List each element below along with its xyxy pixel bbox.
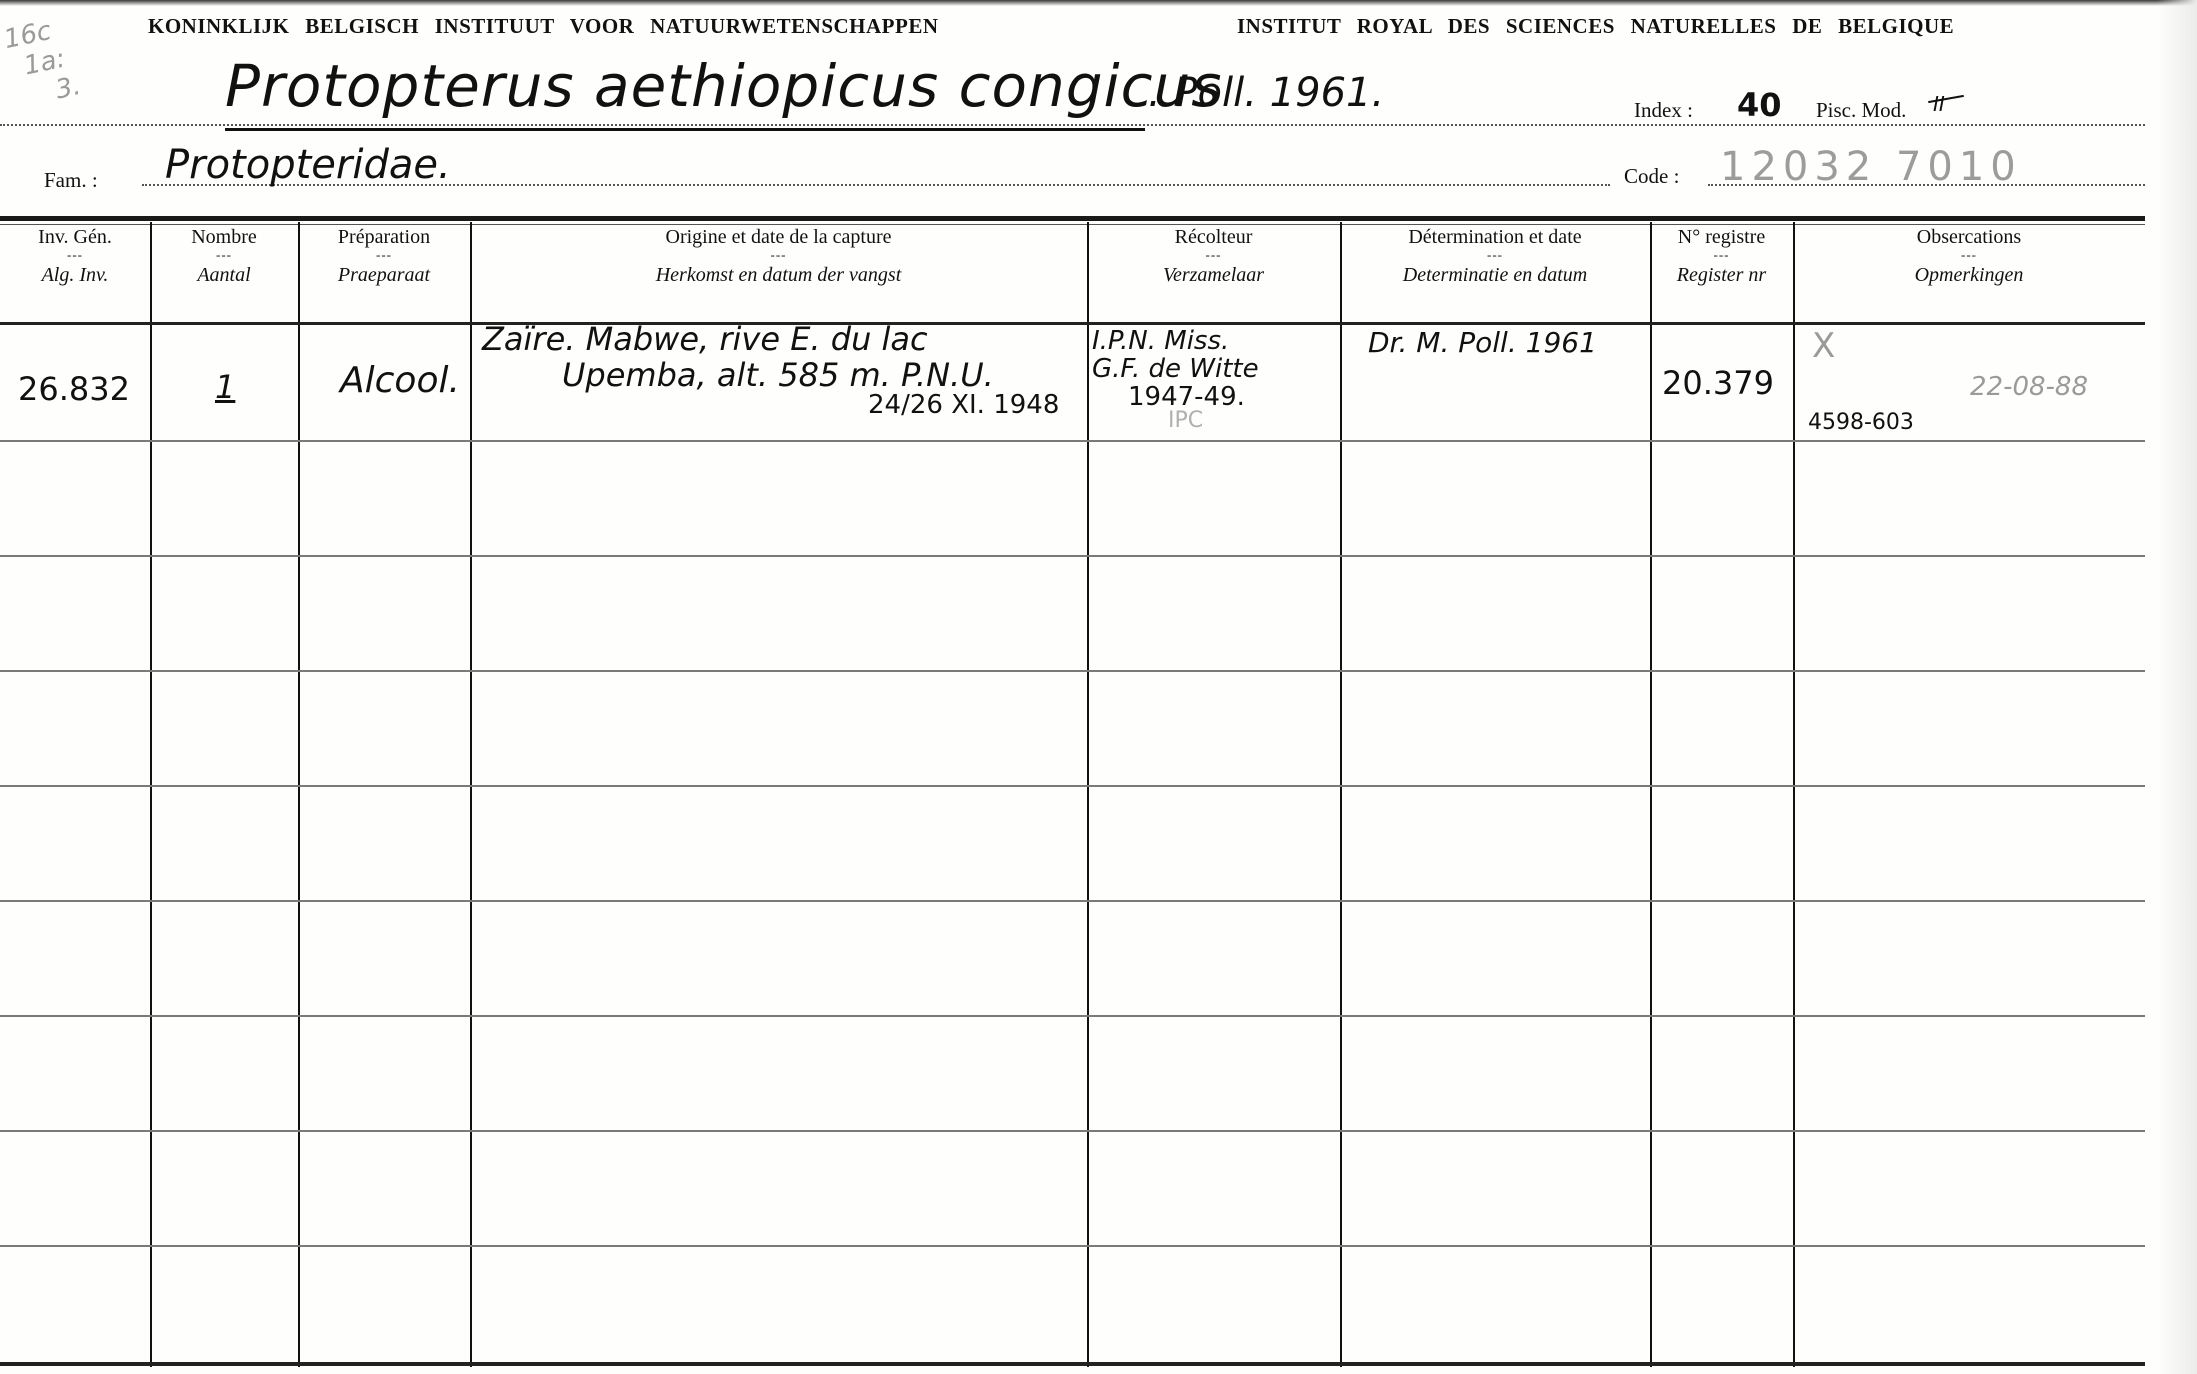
header-fr: Nombre: [150, 226, 298, 248]
cell-determination: Dr. M. Poll. 1961: [1368, 326, 1597, 359]
table-top-border-thin: [0, 224, 2145, 225]
fam-label: Fam. :: [44, 168, 98, 193]
cell-recolteur-line1: I.P.N. Miss.: [1092, 326, 1229, 356]
column-header-registre: N° registre --- Register nr: [1650, 226, 1793, 286]
column-divider: [470, 222, 472, 1367]
cell-origine-line2: Upemba, alt. 585 m. P.N.U.: [562, 356, 994, 394]
row-line: [0, 900, 2145, 902]
scan-edge-right: [2157, 0, 2197, 1374]
column-header-determination: Détermination et date --- Determinatie e…: [1340, 226, 1650, 286]
header-sep: ---: [1087, 248, 1340, 262]
header-nl: Aantal: [150, 264, 298, 286]
column-divider: [1793, 222, 1795, 1367]
column-header-inv: Inv. Gén. --- Alg. Inv.: [0, 226, 150, 286]
cell-inv: 26.832: [18, 370, 130, 408]
column-divider: [150, 222, 152, 1367]
column-divider: [1087, 222, 1089, 1367]
header-fr: Préparation: [298, 226, 470, 248]
fam-value: Protopteridae.: [165, 142, 451, 188]
column-header-preparation: Préparation --- Praeparaat: [298, 226, 470, 286]
header-bottom-border: [0, 322, 2145, 325]
pisc-mod-label: Pisc. Mod.: [1816, 98, 1906, 123]
table-top-border: [0, 216, 2145, 221]
header-fr: Inv. Gén.: [0, 226, 150, 248]
cell-registre: 20.379: [1662, 364, 1774, 402]
cell-recolteur-note: IPC: [1168, 408, 1203, 433]
header-sep: ---: [1793, 248, 2145, 262]
header-sep: ---: [1650, 248, 1793, 262]
index-value: 40: [1737, 86, 1782, 124]
column-header-origine: Origine et date de la capture --- Herkom…: [470, 226, 1087, 286]
code-value: 12032 7010: [1720, 144, 2022, 190]
institute-name-nl: KONINKLIJK BELGISCH INSTITUUT VOOR NATUU…: [148, 14, 939, 39]
header-nl: Opmerkingen: [1793, 264, 2145, 286]
specimen-card: 16c 1a: 3. KONINKLIJK BELGISCH INSTITUUT…: [0, 0, 2197, 1374]
column-header-recolteur: Récolteur --- Verzamelaar: [1087, 226, 1340, 286]
species-author: . Poll. 1961.: [1148, 70, 1384, 116]
row-line: [0, 785, 2145, 787]
header-fr: Récolteur: [1087, 226, 1340, 248]
header-nl: Alg. Inv.: [0, 264, 150, 286]
observation-x-mark: X: [1812, 326, 1835, 366]
observation-date: 22-08-88: [1970, 372, 2088, 402]
institute-name-fr: INSTITUT ROYAL DES SCIENCES NATURELLES D…: [1237, 14, 1954, 39]
column-header-nombre: Nombre --- Aantal: [150, 226, 298, 286]
species-underline: [225, 128, 1145, 131]
column-divider: [1340, 222, 1342, 1367]
row-line: [0, 1015, 2145, 1017]
header-nl: Praeparaat: [298, 264, 470, 286]
species-name: Protopterus aethiopicus congicus: [225, 52, 1223, 120]
column-header-observations: Obsercations --- Opmerkingen: [1793, 226, 2145, 286]
row-line: [0, 670, 2145, 672]
column-divider: [1650, 222, 1652, 1367]
header-sep: ---: [470, 248, 1087, 262]
observation-number: 4598-603: [1808, 410, 1914, 435]
header-fr: Obsercations: [1793, 226, 2145, 248]
margin-note: 16c 1a: 3.: [1, 12, 83, 114]
column-divider: [298, 222, 300, 1367]
cell-origine-line1: Zaïre. Mabwe, rive E. du lac: [482, 320, 928, 358]
header-nl: Register nr: [1650, 264, 1793, 286]
scan-edge-top: [0, 0, 2197, 6]
header-nl: Verzamelaar: [1087, 264, 1340, 286]
header-sep: ---: [298, 248, 470, 262]
header-fr: Origine et date de la capture: [470, 226, 1087, 248]
row-line: [0, 1245, 2145, 1247]
header-sep: ---: [150, 248, 298, 262]
index-label: Index :: [1634, 98, 1693, 123]
pisc-mod-value: II: [1933, 92, 1945, 116]
header-nl: Determinatie en datum: [1340, 264, 1650, 286]
code-label: Code :: [1624, 164, 1679, 189]
cell-origine-line3: 24/26 XI. 1948: [868, 390, 1059, 420]
species-dotted-line: [0, 124, 2145, 126]
row-line: [0, 555, 2145, 557]
row-line: [0, 1130, 2145, 1132]
cell-preparation: Alcool.: [340, 360, 460, 401]
cell-recolteur-line2: G.F. de Witte: [1092, 354, 1259, 384]
header-nl: Herkomst en datum der vangst: [470, 264, 1087, 286]
margin-note-line: 3.: [53, 71, 84, 106]
cell-nombre: 1: [215, 368, 235, 406]
header-fr: N° registre: [1650, 226, 1793, 248]
row-line: [0, 440, 2145, 442]
table-bottom-border: [0, 1362, 2145, 1366]
header-sep: ---: [0, 248, 150, 262]
header-sep: ---: [1340, 248, 1650, 262]
header-fr: Détermination et date: [1340, 226, 1650, 248]
